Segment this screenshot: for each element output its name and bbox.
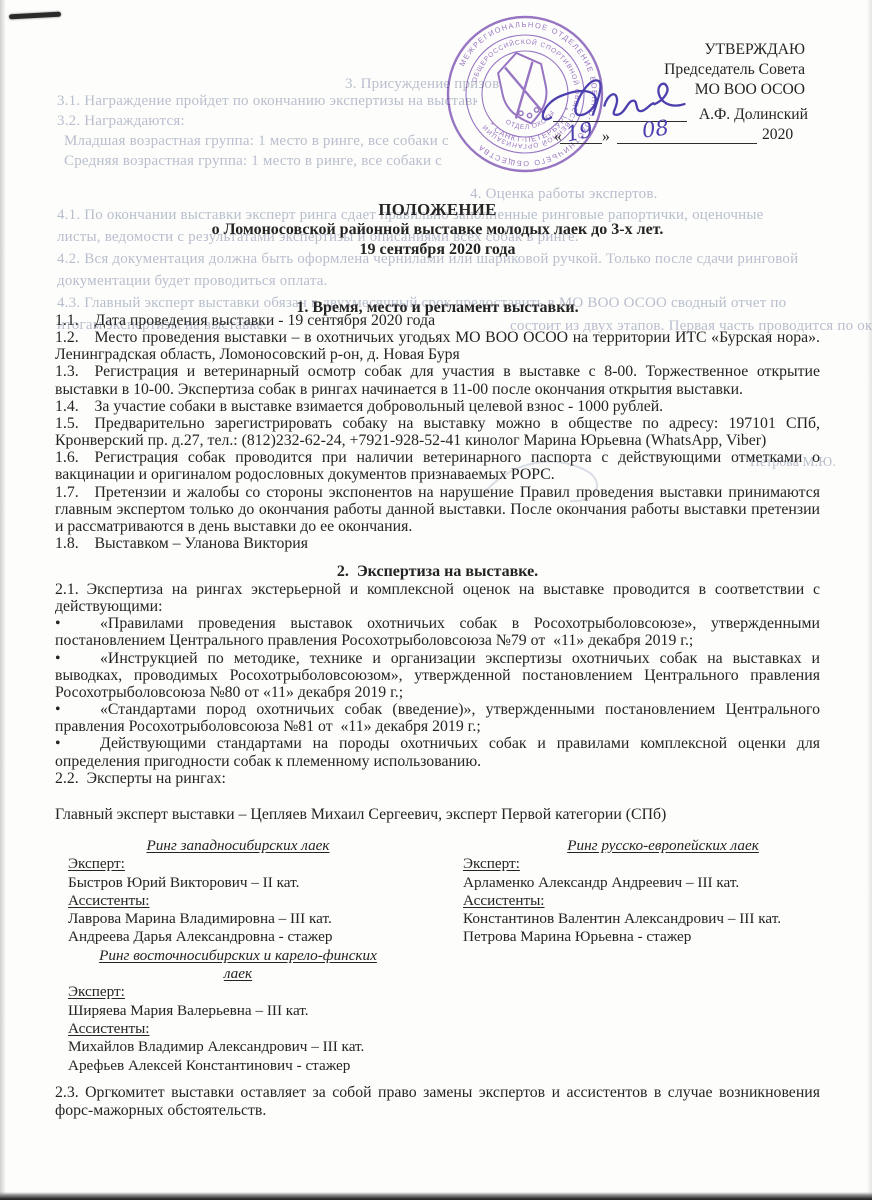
page-edge-bottom: [0, 1192, 872, 1200]
day-underline: [560, 143, 602, 144]
bullet-item: • «Инструкцией по методике, технике и ор…: [55, 650, 820, 701]
expert-label: Эксперт:: [68, 983, 125, 1000]
ring-title: Ринг западносибирских лаек: [68, 837, 408, 855]
section2-closing: 2.3. Оргкомитет выставки оставляет за со…: [55, 1084, 820, 1120]
ring-russo-european-block: Ринг русско-европейских лаек Эксперт: Ар…: [463, 837, 863, 947]
signature-icon: [536, 58, 720, 140]
document-title: ПОЛОЖЕНИЕ: [55, 200, 820, 220]
document-date: 19 сентября 2020 года: [55, 240, 820, 260]
expert-name: Ширяева Мария Валерьевна – III кат.: [68, 1002, 408, 1020]
assistant-name: Арефьев Алексей Константинович - стажер: [68, 1057, 408, 1075]
ring-title-line2: лаек: [68, 965, 408, 983]
page-edge-left: [0, 0, 6, 1200]
page-edge-right: [867, 0, 872, 1200]
expert-name: Арламенко Александр Андреевич – III кат.: [463, 874, 863, 892]
assistants-label: Ассистенты:: [68, 892, 150, 909]
chief-expert-line: Главный эксперт выставки – Цепляев Михаи…: [55, 806, 820, 824]
document-subtitle: о Ломоносовской районной выставке молоды…: [55, 220, 820, 240]
bleedthrough-text: 3.1. Награждение пройдет по окончанию эк…: [57, 93, 477, 110]
list-item: 1.7. Претензии и жалобы со стороны экспо…: [55, 484, 820, 535]
expert-label: Эксперт:: [68, 855, 125, 872]
close-quote: »: [602, 128, 610, 146]
ring-west-siberian-block: Ринг западносибирских лаек Эксперт: Быст…: [68, 837, 408, 1075]
handwritten-month: 08: [641, 115, 670, 142]
scan-artifact-mark: [9, 12, 61, 20]
assistant-name: Константинов Валентин Александрович – II…: [463, 910, 863, 928]
approval-title: УТВЕРЖДАЮ: [430, 40, 805, 60]
assistant-name: Андреева Дарья Александровна - стажер: [68, 928, 408, 946]
assistant-name: Михайлов Владимир Александрович – III ка…: [68, 1038, 408, 1056]
assistant-name: Лаврова Марина Владимировна – III кат.: [68, 910, 408, 928]
ring-title: Ринг восточносибирских и карело-финских: [68, 947, 408, 965]
bleedthrough-text: документации будет проводиться оплата.: [57, 273, 328, 290]
list-item: 1.1. Дата проведения выставки - 19 сентя…: [55, 312, 820, 329]
list-item: 1.6. Регистрация собак проводится при на…: [55, 449, 820, 483]
bullet-item: • Действующими стандартами на породы охо…: [55, 735, 820, 769]
approver-name: А.Ф. Долинский: [690, 106, 808, 124]
bullet-item: • «Стандартами пород охотничьих собак (в…: [55, 701, 820, 735]
document-page: 3. Присуждение призов 3.1. Награждение п…: [0, 0, 872, 1200]
assistants-label: Ассистенты:: [463, 892, 545, 909]
bleedthrough-text: Средняя возрастная группа: 1 место в рин…: [64, 153, 442, 170]
expert-name: Быстров Юрий Викторович – II кат.: [68, 874, 408, 892]
list-item: 1.8. Выставком – Уланова Виктория: [55, 535, 820, 552]
ring-title: Ринг русско-европейских лаек: [463, 837, 863, 855]
list-item: 2.1. Экспертиза на рингах экстерьерной и…: [55, 581, 820, 615]
list-item: 1.5. Предварительно зарегистрировать соб…: [55, 415, 820, 449]
section2-body: 2.1. Экспертиза на рингах экстерьерной и…: [55, 581, 820, 787]
list-item: 1.3. Регистрация и ветеринарный осмотр с…: [55, 363, 820, 397]
list-item: 1.4. За участие собаки в выставке взимае…: [55, 398, 820, 415]
assistant-name: Петрова Марина Юрьевна - стажер: [463, 928, 863, 946]
bullet-item: • «Правилами проведения выставок охотнич…: [55, 615, 820, 649]
month-underline: [617, 143, 757, 144]
bleedthrough-text: 3.2. Награждаются:: [57, 113, 185, 130]
expert-label: Эксперт:: [463, 855, 520, 872]
section1-body: 1.1. Дата проведения выставки - 19 сентя…: [55, 312, 820, 552]
section2-heading: 2. Экспертиза на выставке.: [55, 563, 820, 581]
year-label: 2020: [762, 126, 793, 144]
assistants-label: Ассистенты:: [68, 1020, 150, 1037]
document-title-block: ПОЛОЖЕНИЕ о Ломоносовской районной выста…: [55, 200, 820, 260]
list-item: 2.2. Эксперты на рингах:: [55, 770, 820, 787]
bleedthrough-text: Младшая возрастная группа: 1 место в рин…: [64, 133, 449, 150]
list-item: 1.2. Место проведения выставки – в охотн…: [55, 329, 820, 363]
